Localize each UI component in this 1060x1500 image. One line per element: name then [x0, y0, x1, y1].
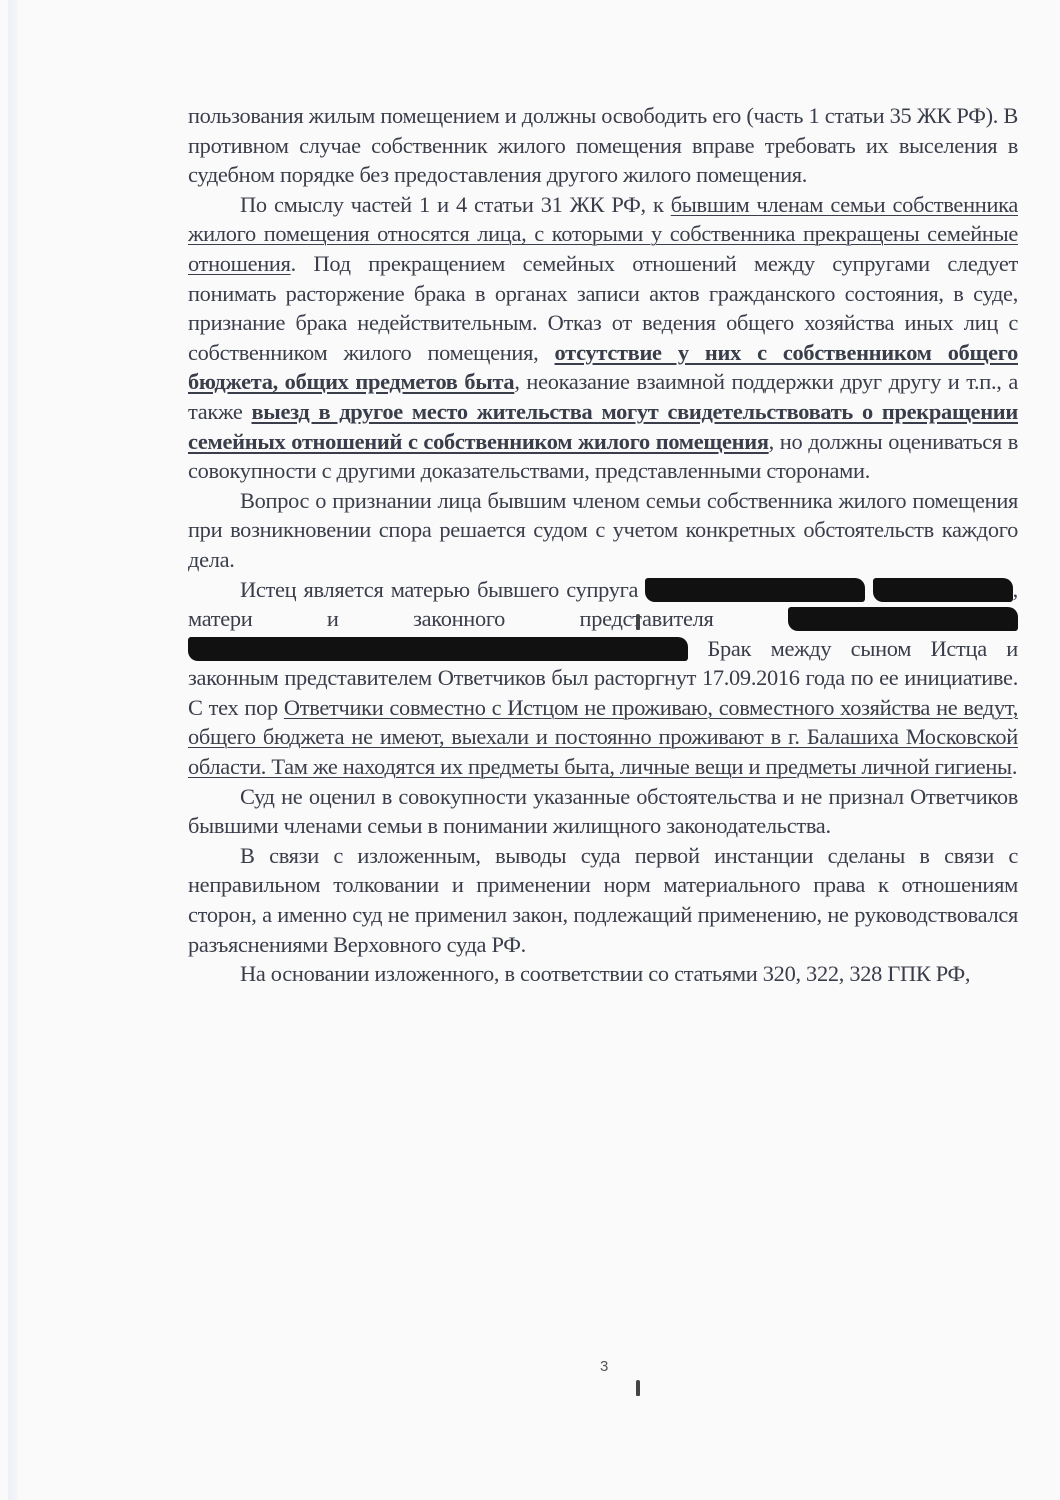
paragraph-court-decision: Вопрос о признании лица бывшим членом се…	[188, 486, 1018, 575]
underlined-facts: Ответчики совместно с Истцом не проживаю…	[188, 695, 1018, 779]
text-segment: Истец является матерью бывшего супруга	[240, 577, 645, 602]
scan-edge	[8, 0, 18, 1500]
paragraph-conclusion: В связи с изложенным, выводы суда первой…	[188, 841, 1018, 959]
text-segment: .	[1012, 754, 1017, 779]
redaction-block	[188, 637, 688, 661]
scan-artifact	[636, 614, 640, 630]
page-number: 3	[600, 1358, 608, 1375]
redaction-block	[788, 607, 1018, 631]
paragraph-court-error: Суд не оценил в совокупности указанные о…	[188, 782, 1018, 841]
scan-artifact	[636, 1380, 640, 1396]
paragraph-former-family-members: По смыслу частей 1 и 4 статьи 31 ЖК РФ, …	[188, 190, 1018, 486]
paragraph-plaintiff-facts: Истец является матерью бывшего супруга ,…	[188, 575, 1018, 782]
paragraph-legal-basis: На основании изложенного, в соответствии…	[188, 959, 1018, 989]
redaction-block	[645, 578, 865, 602]
text-segment: По смыслу частей 1 и 4 статьи 31 ЖК РФ, …	[240, 192, 671, 217]
redaction-block	[873, 578, 1013, 602]
document-body: пользования жилым помещением и должны ос…	[188, 101, 1018, 989]
paragraph-eviction: пользования жилым помещением и должны ос…	[188, 101, 1018, 190]
